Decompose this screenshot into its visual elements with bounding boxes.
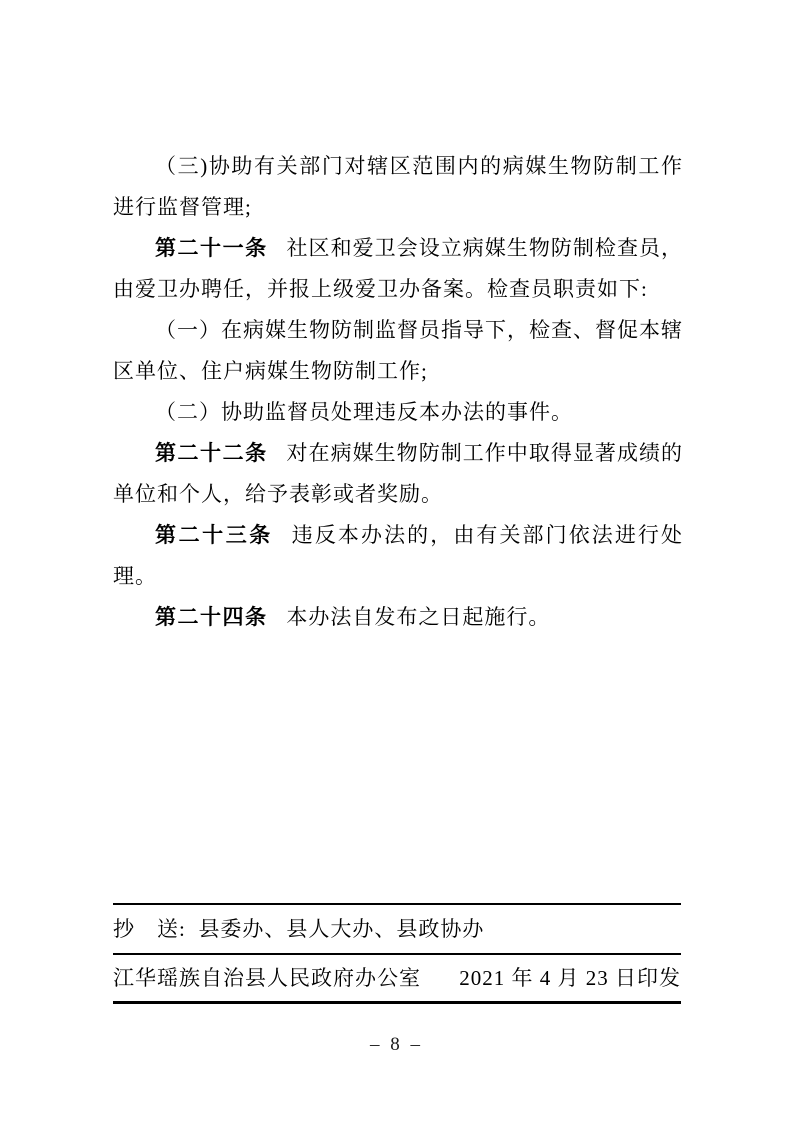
article-number-lead: 第二十二条 bbox=[155, 441, 268, 465]
footer-rule-bottom bbox=[113, 1001, 681, 1004]
cc-label: 抄 送: bbox=[113, 917, 186, 941]
paragraph-text: （一）在病媒生物防制监督员指导下，检查、督促本辖区单位、住户病媒生物防制工作; bbox=[113, 318, 683, 383]
cc-line: 抄 送:县委办、县人大办、县政协办 bbox=[113, 905, 681, 953]
paragraph-text: （二）协助监督员处理违反本办法的事件。 bbox=[155, 400, 573, 424]
paragraph-article-23: 第二十三条违反本办法的，由有关部门依法进行处理。 bbox=[113, 515, 683, 597]
paragraph-text: 本办法自发布之日起施行。 bbox=[286, 605, 550, 629]
document-body: （三)协助有关部门对辖区范围内的病媒生物防制工作进行监督管理; 第二十一条社区和… bbox=[113, 146, 683, 638]
document-footer: 抄 送:县委办、县人大办、县政协办 江华瑶族自治县人民政府办公室 2021 年 … bbox=[113, 903, 681, 1004]
article-number-lead: 第二十三条 bbox=[155, 523, 273, 547]
page-number: – 8 – bbox=[0, 1034, 793, 1056]
paragraph-item-3: （三)协助有关部门对辖区范围内的病媒生物防制工作进行监督管理; bbox=[113, 146, 683, 228]
document-page: （三)协助有关部门对辖区范围内的病媒生物防制工作进行监督管理; 第二十一条社区和… bbox=[0, 0, 793, 1122]
paragraph-text: （三)协助有关部门对辖区范围内的病媒生物防制工作进行监督管理; bbox=[113, 154, 683, 219]
paragraph-article-22: 第二十二条对在病媒生物防制工作中取得显著成绩的单位和个人，给予表彰或者奖励。 bbox=[113, 433, 683, 515]
paragraph-article-21: 第二十一条社区和爱卫会设立病媒生物防制检查员，由爱卫办聘任，并报上级爱卫办备案。… bbox=[113, 228, 683, 310]
article-number-lead: 第二十四条 bbox=[155, 605, 268, 629]
paragraph-item-1: （一）在病媒生物防制监督员指导下，检查、督促本辖区单位、住户病媒生物防制工作; bbox=[113, 310, 683, 392]
paragraph-article-24: 第二十四条本办法自发布之日起施行。 bbox=[113, 597, 683, 638]
paragraph-item-2: （二）协助监督员处理违反本办法的事件。 bbox=[113, 392, 683, 433]
article-number-lead: 第二十一条 bbox=[155, 236, 268, 260]
issuer-line: 江华瑶族自治县人民政府办公室 2021 年 4 月 23 日印发 bbox=[113, 955, 681, 1001]
issuer-office: 江华瑶族自治县人民政府办公室 bbox=[113, 955, 421, 1001]
cc-value: 县委办、县人大办、县政协办 bbox=[198, 917, 484, 941]
print-date: 2021 年 4 月 23 日印发 bbox=[459, 955, 681, 1001]
